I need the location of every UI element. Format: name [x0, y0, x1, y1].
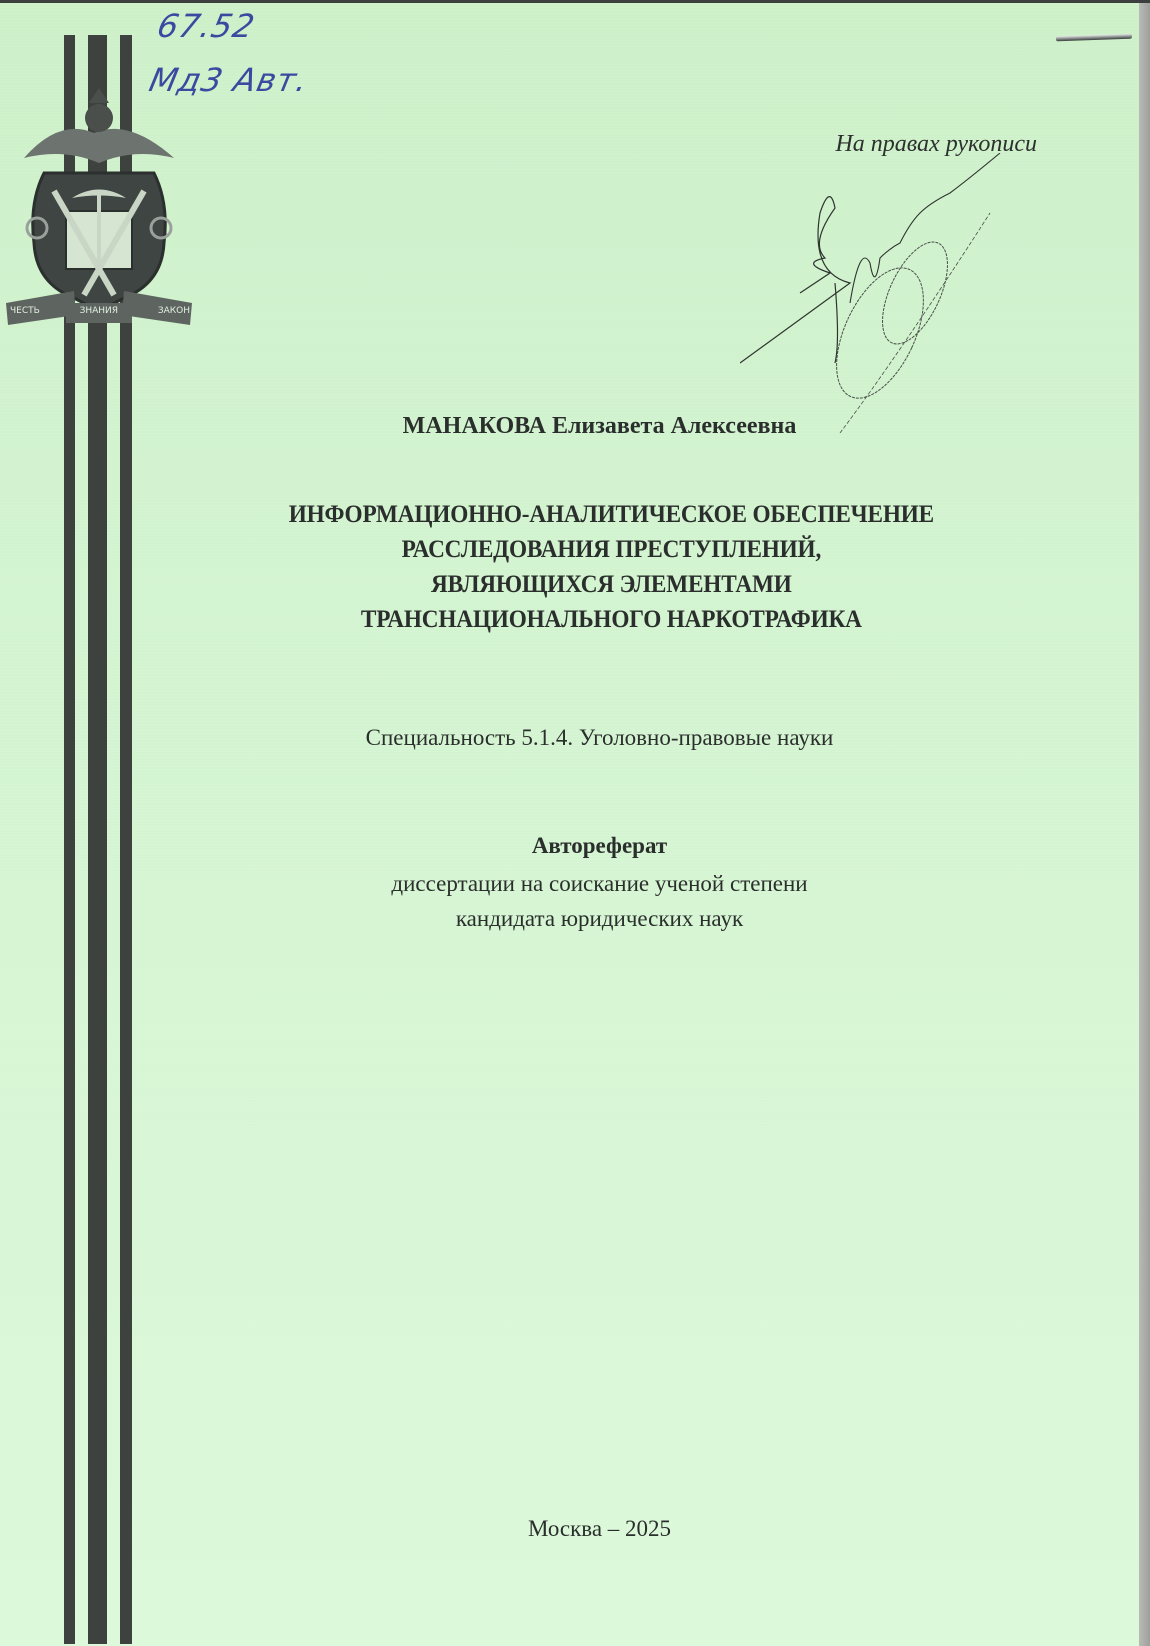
place-and-year: Москва – 2025	[0, 1516, 1139, 1542]
dissertation-title-line-3: ЯВЛЯЮЩИХСЯ ЭЛЕМЕНТАМИ	[40, 571, 1099, 599]
ribbon-word-honor: ЧЕСТЬ	[10, 306, 40, 316]
library-code-note: 67.52	[154, 7, 259, 45]
author-name: МАНАКОВА Елизавета Алексеевна	[0, 413, 1139, 440]
emblem-ribbon: ЧЕСТЬ ЗНАНИЯ ЗАКОН	[10, 306, 190, 316]
dissertation-title-line-2: РАССЛЕДОВАНИЯ ПРЕСТУПЛЕНИЙ,	[40, 536, 1099, 564]
library-author-note: Мд3 Авт.	[146, 61, 312, 99]
ribbon-word-law: ЗАКОН	[158, 306, 190, 316]
cover-page: ЧЕСТЬ ЗНАНИЯ ЗАКОН 67.52 Мд3 Авт. На пра…	[0, 3, 1139, 1646]
abstract-line-1: диссертации на соискание ученой степени	[0, 871, 1139, 897]
specialty: Специальность 5.1.4. Уголовно-правовые н…	[0, 725, 1139, 751]
abstract-line-2: кандидата юридических наук	[0, 906, 1139, 932]
abstract-heading: Автореферат	[0, 833, 1139, 859]
dissertation-title-line-4: ТРАНСНАЦИОНАЛЬНОГО НАРКОТРАФИКА	[40, 606, 1099, 634]
ribbon-word-knowledge: ЗНАНИЯ	[80, 306, 118, 316]
scan-right-edge	[1139, 3, 1150, 1646]
staple	[1056, 34, 1132, 42]
police-academy-emblem-icon	[4, 63, 194, 328]
dissertation-title-line-1: ИНФОРМАЦИОННО-АНАЛИТИЧЕСКОЕ ОБЕСПЕЧЕНИЕ	[40, 501, 1099, 529]
signature-icon	[740, 153, 1070, 433]
